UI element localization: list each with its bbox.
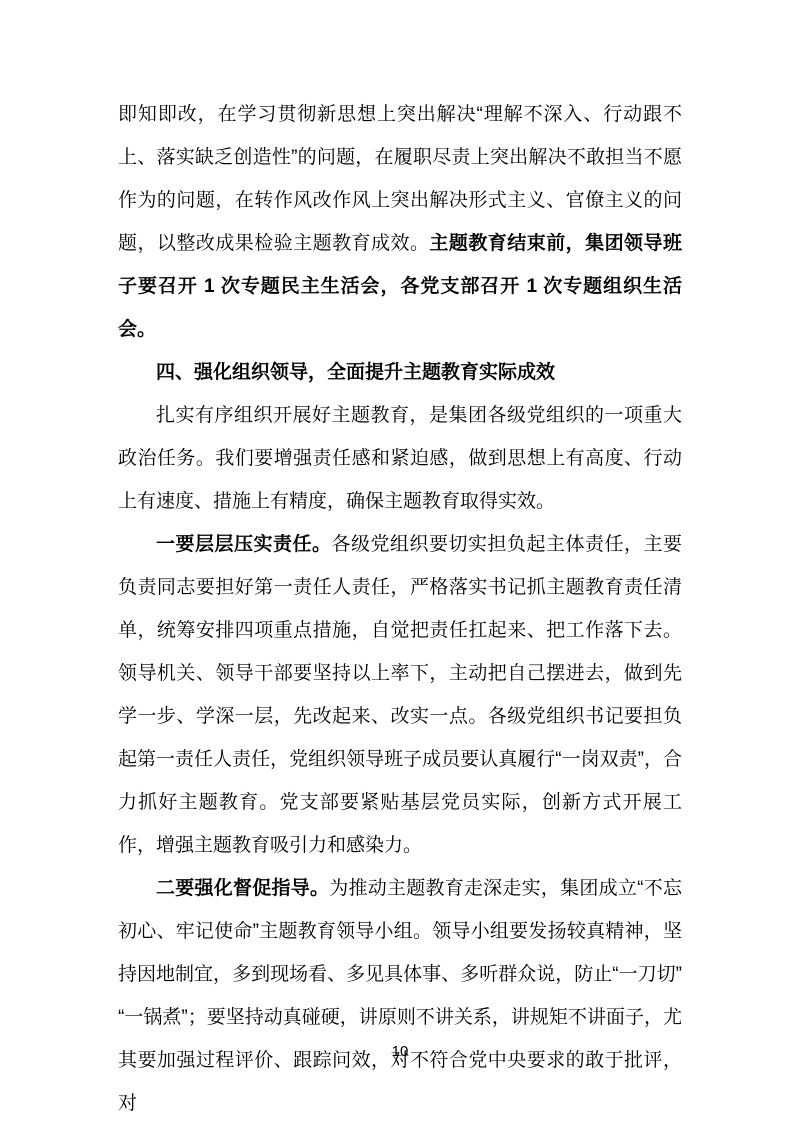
paragraph-run-normal: 即知即改，在学习贯彻新思想上突出解决“理解不深入、行动跟不上、落实缺乏创造性”的… — [118, 104, 682, 254]
paragraph-lead-bold: 二要强化督促指导。 — [156, 878, 329, 899]
paragraph-point-two-supervision: 二要强化督促指导。为推动主题教育走深走实，集团成立“不忘初心、牢记使命”主题教育… — [118, 867, 682, 1125]
document-page: 即知即改，在学习贯彻新思想上突出解决“理解不深入、行动跟不上、落实缺乏创造性”的… — [0, 0, 800, 1131]
paragraph-political-task: 扎实有序组织开展好主题教育，是集团各级党组织的一项重大政治任务。我们要增强责任感… — [118, 394, 682, 523]
paragraph-run-normal: 各级党组织要切实担负起主体责任，主要负责同志要担好第一责任人责任，严格落实书记抓… — [118, 534, 682, 856]
paragraph-rectification-continuation: 即知即改，在学习贯彻新思想上突出解决“理解不深入、行动跟不上、落实缺乏创造性”的… — [118, 93, 682, 351]
document-body: 即知即改，在学习贯彻新思想上突出解决“理解不深入、行动跟不上、落实缺乏创造性”的… — [118, 93, 682, 1125]
paragraph-lead-bold: 一要层层压实责任。 — [156, 534, 332, 555]
page-number: 10 — [0, 1041, 800, 1063]
paragraph-point-one-responsibility: 一要层层压实责任。各级党组织要切实担负起主体责任，主要负责同志要担好第一责任人责… — [118, 523, 682, 867]
paragraph-run-normal: 为推动主题教育走深走实，集团成立“不忘初心、牢记使命”主题教育领导小组。领导小组… — [118, 878, 682, 1114]
section-heading: 四、强化组织领导，全面提升主题教育实际成效 — [118, 351, 682, 394]
